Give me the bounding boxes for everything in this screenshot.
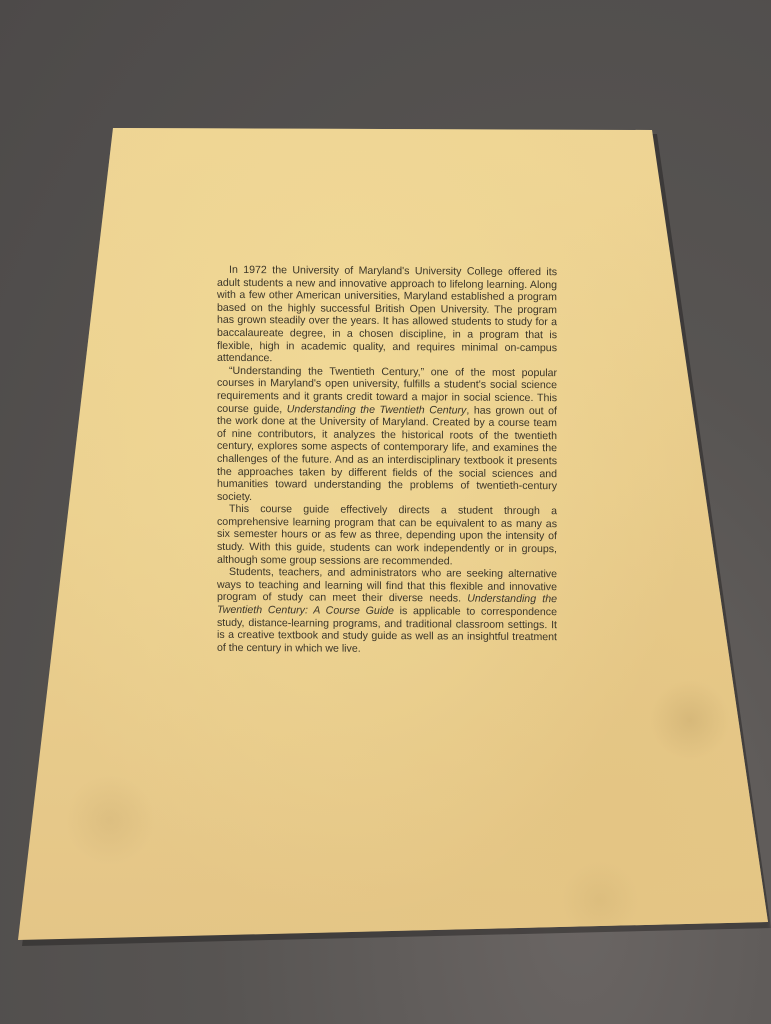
paragraph-text: , has grown out of the work done at the … xyxy=(217,404,557,503)
blurb-paragraph-1: In 1972 the University of Maryland's Uni… xyxy=(217,264,557,367)
book-title: Understanding the Twentieth Century xyxy=(287,403,467,416)
paragraph-text: This course guide effectively directs a … xyxy=(217,503,557,567)
blurb-paragraph-3: This course guide effectively directs a … xyxy=(217,503,557,568)
blurb-paragraph-2: “Understanding the Twentieth Century,” o… xyxy=(217,365,557,506)
blurb-paragraph-4: Students, teachers, and administrators w… xyxy=(217,566,557,657)
paragraph-text: In 1972 the University of Maryland's Uni… xyxy=(217,264,557,364)
cover-blurb: In 1972 the University of Maryland's Uni… xyxy=(217,264,557,657)
